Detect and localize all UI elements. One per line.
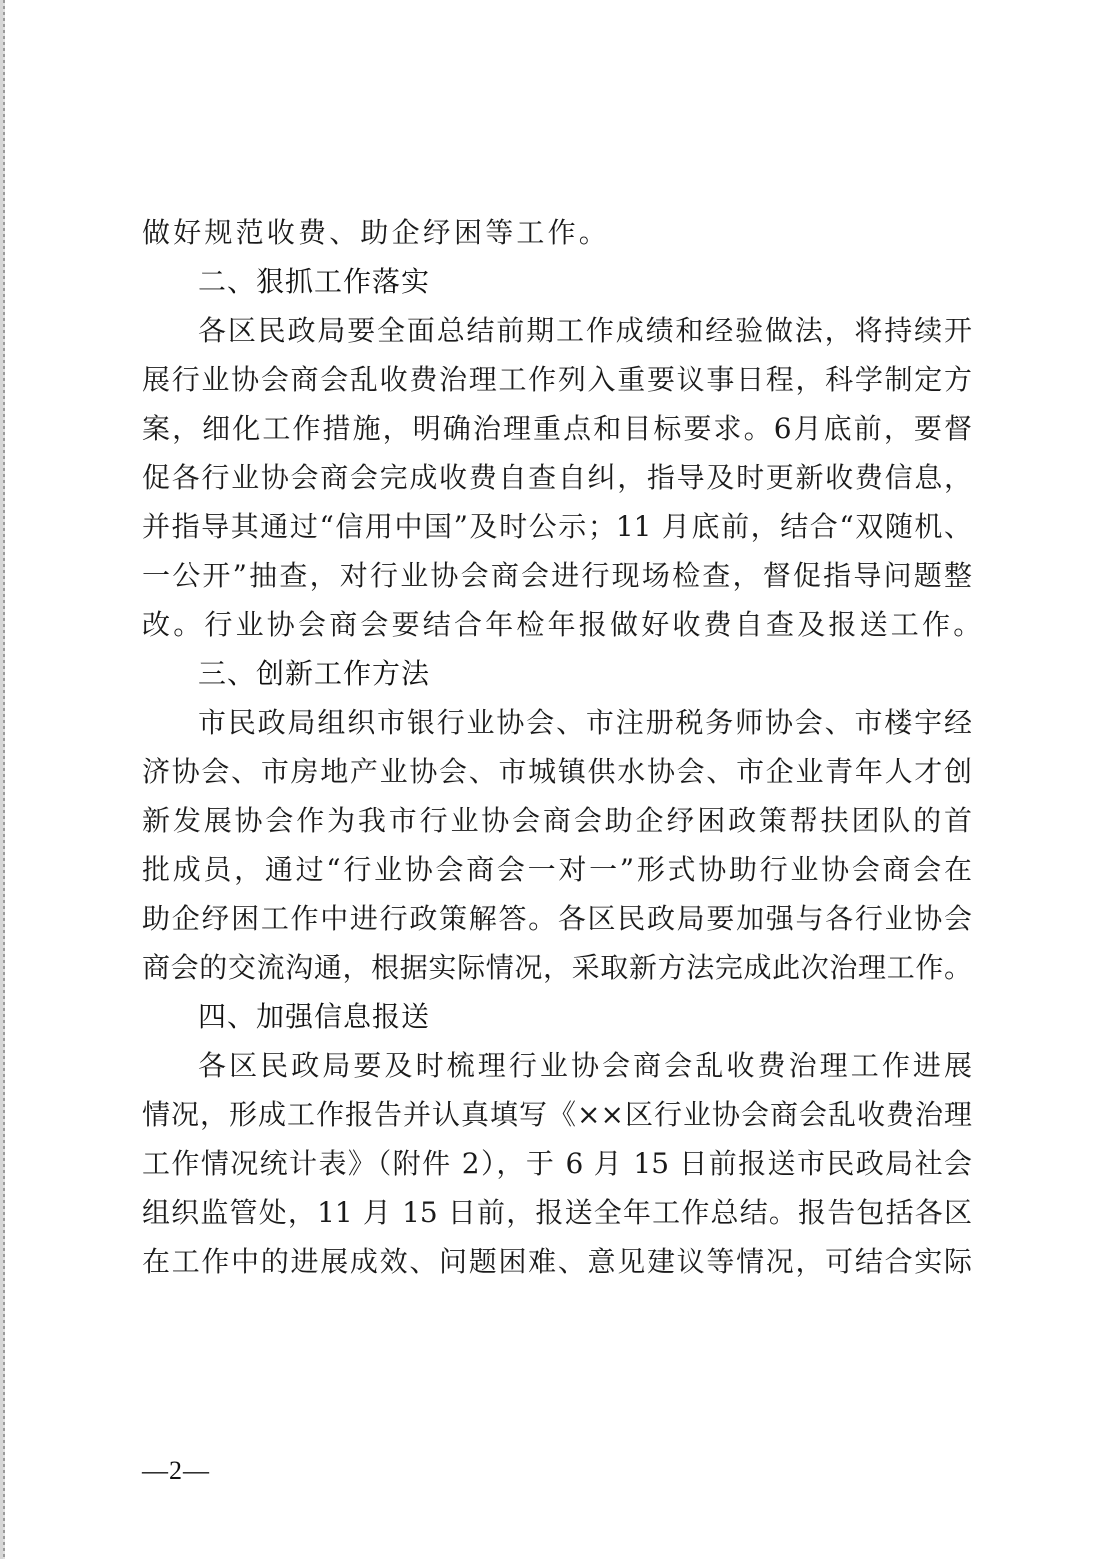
section-heading-3: 三、创新工作方法 <box>142 649 972 698</box>
line-0: 做好规范收费、助企纾困等工作。 <box>142 208 972 257</box>
line-6: 并指导其通过“信用中国”及时公示；11 月底前，结合“双随机、 <box>142 502 972 551</box>
line-13: 批成员，通过“行业协会商会一对一”形式协助行业协会商会在 <box>142 845 972 894</box>
line-4: 案，细化工作措施，明确治理重点和目标要求。6月底前，要督 <box>142 404 972 453</box>
section-heading-4: 四、加强信息报送 <box>142 992 972 1041</box>
line-12: 新发展协会作为我市行业协会商会助企纾困政策帮扶团队的首 <box>142 796 972 845</box>
page-number: —2— <box>142 1456 210 1486</box>
line-7: 一公开”抽查，对行业协会商会进行现场检查，督促指导问题整 <box>142 551 972 600</box>
line-18: 情况，形成工作报告并认真填写《××区行业协会商会乱收费治理 <box>142 1090 972 1139</box>
document-page: 做好规范收费、助企纾困等工作。 二、狠抓工作落实 各区民政局要全面总结前期工作成… <box>0 0 1103 1559</box>
line-2: 各区民政局要全面总结前期工作成绩和经验做法，将持续开 <box>142 306 972 355</box>
line-11: 济协会、市房地产业协会、市城镇供水协会、市企业青年人才创 <box>142 747 972 796</box>
line-21: 在工作中的进展成效、问题困难、意见建议等情况，可结合实际 <box>142 1237 972 1286</box>
section-heading-2: 二、狠抓工作落实 <box>142 257 972 306</box>
line-14: 助企纾困工作中进行政策解答。各区民政局要加强与各行业协会 <box>142 894 972 943</box>
line-19: 工作情况统计表》（附件 2），于 6 月 15 日前报送市民政局社会 <box>142 1139 972 1188</box>
line-17: 各区民政局要及时梳理行业协会商会乱收费治理工作进展 <box>142 1041 972 1090</box>
line-20: 组织监管处，11 月 15 日前，报送全年工作总结。报告包括各区 <box>142 1188 972 1237</box>
scan-edge-artifact <box>3 0 5 1559</box>
document-body: 做好规范收费、助企纾困等工作。 二、狠抓工作落实 各区民政局要全面总结前期工作成… <box>142 208 972 1286</box>
line-15: 商会的交流沟通，根据实际情况，采取新方法完成此次治理工作。 <box>142 943 972 992</box>
line-10: 市民政局组织市银行业协会、市注册税务师协会、市楼宇经 <box>142 698 972 747</box>
line-5: 促各行业协会商会完成收费自查自纠，指导及时更新收费信息， <box>142 453 972 502</box>
line-8: 改。行业协会商会要结合年检年报做好收费自查及报送工作。 <box>142 600 972 649</box>
line-3: 展行业协会商会乱收费治理工作列入重要议事日程，科学制定方 <box>142 355 972 404</box>
